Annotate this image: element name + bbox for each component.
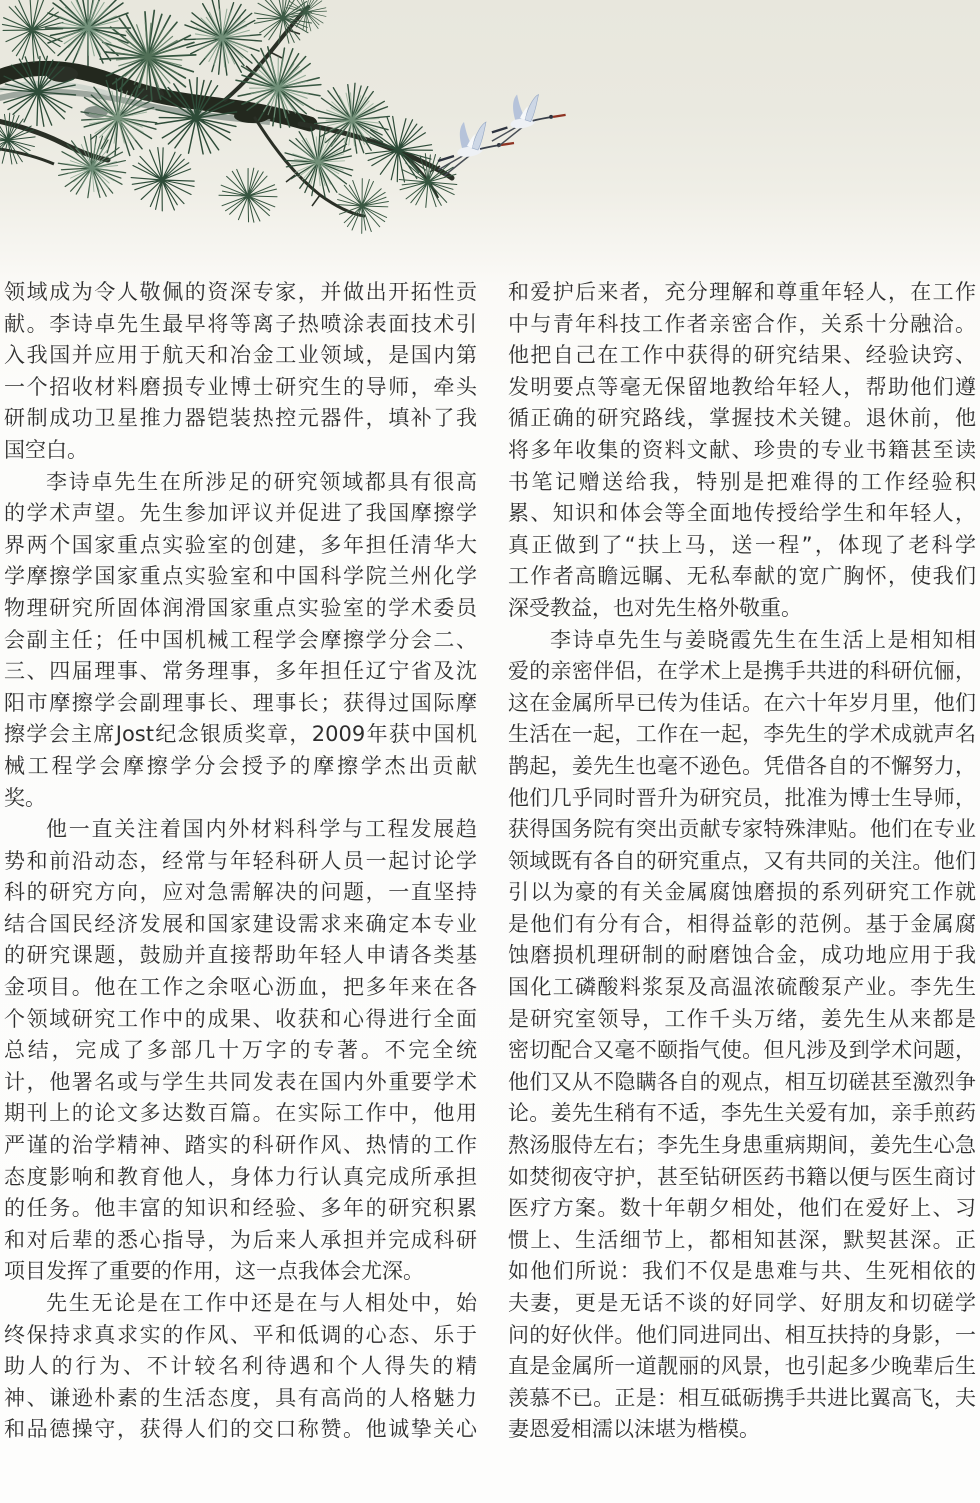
- text-line: 助人的行为、不计较名利待遇和个人得失的精: [4, 1351, 477, 1383]
- text-line: 先生无论是在工作中还是在与人相处中，始: [4, 1288, 477, 1320]
- text-line: 循正确的研究路线，掌握技术关键。退休前，他: [508, 403, 976, 435]
- text-line: 三、四届理事、常务理事，多年担任辽宁省及沈: [4, 656, 477, 688]
- text-line: 的任务。他丰富的知识和经验、多年的研究积累: [4, 1193, 477, 1225]
- text-line: 密切配合又毫不颐指气使。但凡涉及到学术问题，: [508, 1035, 976, 1067]
- text-line: 领域既有各自的研究重点，又有共同的关注。他们: [508, 846, 976, 878]
- text-line: 惯上、生活细节上，都相知甚深，默契甚深。正: [508, 1225, 976, 1257]
- text-line: 真正做到了“扶上马，送一程”，体现了老科学: [508, 530, 976, 562]
- text-line: 入我国并应用于航天和冶金工业领域，是国内第: [4, 340, 477, 372]
- text-line: 严谨的治学精神、踏实的科研作风、热情的工作: [4, 1130, 477, 1162]
- text-line: 如他们所说：我们不仅是患难与共、生死相依的: [508, 1256, 976, 1288]
- text-line: 阳市摩擦学会副理事长、理事长；获得过国际摩: [4, 688, 477, 720]
- text-line: 夫妻，更是无话不谈的好同学、好朋友和切磋学: [508, 1288, 976, 1320]
- text-line: 擦学会主席Jost纪念银质奖章，2009年获中国机: [4, 719, 477, 751]
- text-line: 研制成功卫星推力器铠装热控元器件，填补了我: [4, 403, 477, 435]
- text-line: 计，他署名或与学生共同发表在国内外重要学术: [4, 1067, 477, 1099]
- text-line: 生活在一起，工作在一起，李先生的学术成就声名: [508, 719, 976, 751]
- text-line: 蚀磨损机理研制的耐磨蚀合金，成功地应用于我: [508, 940, 976, 972]
- text-line: 和爱护后来者，充分理解和尊重年轻人，在工作: [508, 277, 976, 309]
- text-column-left: 领域成为令人敬佩的资深专家，并做出开拓性贡献。李诗卓先生最早将等离子热喷涂表面技…: [4, 277, 477, 1446]
- magazine-page: 领域成为令人敬佩的资深专家，并做出开拓性贡献。李诗卓先生最早将等离子热喷涂表面技…: [0, 0, 980, 1503]
- text-column-right: 和爱护后来者，充分理解和尊重年轻人，在工作中与青年科技工作者亲密合作，关系十分融…: [508, 277, 976, 1446]
- text-line: 金项目。他在工作之余呕心沥血，把多年来在各: [4, 972, 477, 1004]
- text-line: 引以为豪的有关金属腐蚀磨损的系列研究工作就: [508, 877, 976, 909]
- text-line: 李诗卓先生在所涉足的研究领域都具有很高: [4, 467, 477, 499]
- text-line: 科的研究方向，应对急需解决的问题，一直坚持: [4, 877, 477, 909]
- text-line: 态度影响和教育他人，身体力行认真完成所承担: [4, 1162, 477, 1194]
- text-line: 国化工磷酸料浆泵及高温浓硫酸泵产业。李先生: [508, 972, 976, 1004]
- text-line: 领域成为令人敬佩的资深专家，并做出开拓性贡: [4, 277, 477, 309]
- header-artwork: [0, 0, 980, 262]
- article-body: 领域成为令人敬佩的资深专家，并做出开拓性贡献。李诗卓先生最早将等离子热喷涂表面技…: [4, 277, 976, 1446]
- text-line: 获得国务院有突出贡献专家特殊津贴。他们在专业: [508, 814, 976, 846]
- text-line: 终保持求真求实的作风、平和低调的心态、乐于: [4, 1320, 477, 1352]
- text-line: 这在金属所早已传为佳话。在六十年岁月里，他们: [508, 688, 976, 720]
- text-line: 项目发挥了重要的作用，这一点我体会尤深。: [4, 1256, 477, 1288]
- text-line: 熬汤服侍左右；李先生身患重病期间，姜先生心急: [508, 1130, 976, 1162]
- pine-branch-painting: [0, 0, 980, 262]
- text-line: 他把自己在工作中获得的研究结果、经验诀窍、: [508, 340, 976, 372]
- text-line: 国空白。: [4, 435, 477, 467]
- text-line: 是研究室领导，工作千头万绪，姜先生从来都是: [508, 1004, 976, 1036]
- text-line: 工作者高瞻远瞩、无私奉献的宽广胸怀，使我们: [508, 561, 976, 593]
- text-line: 医疗方案。数十年朝夕相处，他们在爱好上、习: [508, 1193, 976, 1225]
- text-line: 如焚彻夜守护，甚至钻研医药书籍以便与医生商讨: [508, 1162, 976, 1194]
- text-line: 问的好伙伴。他们同进同出、相互扶持的身影，一: [508, 1320, 976, 1352]
- text-line: 个领域研究工作中的成果、收获和心得进行全面: [4, 1004, 477, 1036]
- text-line: 一个招收材料磨损专业博士研究生的导师，牵头: [4, 372, 477, 404]
- text-line: 他们又从不隐瞒各自的观点，相互切磋甚至激烈争: [508, 1067, 976, 1099]
- text-line: 的学术声望。先生参加评议并促进了我国摩擦学: [4, 498, 477, 530]
- text-line: 会副主任；任中国机械工程学会摩擦学分会二、: [4, 625, 477, 657]
- text-line: 是他们有分有合，相得益彰的范例。基于金属腐: [508, 909, 976, 941]
- text-line: 中与青年科技工作者亲密合作，关系十分融洽。: [508, 309, 976, 341]
- text-line: 和品德操守，获得人们的交口称赞。他诚挚关心: [4, 1414, 477, 1446]
- text-line: 发明要点等毫无保留地教给年轻人，帮助他们遵: [508, 372, 976, 404]
- text-line: 总结，完成了多部几十万字的专著。不完全统: [4, 1035, 477, 1067]
- text-line: 爱的亲密伴侣，在学术上是携手共进的科研伉俪，: [508, 656, 976, 688]
- text-line: 他们几乎同时晋升为研究员，批准为博士生导师，: [508, 783, 976, 815]
- text-line: 神、谦逊朴素的生活态度，具有高尚的人格魅力: [4, 1383, 477, 1415]
- text-line: 界两个国家重点实验室的创建，多年担任清华大: [4, 530, 477, 562]
- text-line: 书笔记赠送给我，特别是把难得的工作经验积: [508, 467, 976, 499]
- text-line: 累、知识和体会等全面地传授给学生和年轻人，: [508, 498, 976, 530]
- text-line: 势和前沿动态，经常与年轻科研人员一起讨论学: [4, 846, 477, 878]
- text-line: 李诗卓先生与姜晓霞先生在生活上是相知相: [508, 625, 976, 657]
- text-line: 学摩擦学国家重点实验室和中国科学院兰州化学: [4, 561, 477, 593]
- text-line: 期刊上的论文多达数百篇。在实际工作中，他用: [4, 1098, 477, 1130]
- text-line: 鹊起，姜先生也毫不逊色。凭借各自的不懈努力，: [508, 751, 976, 783]
- text-line: 论。姜先生稍有不适，李先生关爱有加，亲手煎药: [508, 1098, 976, 1130]
- text-line: 深受教益，也对先生格外敬重。: [508, 593, 976, 625]
- text-line: 将多年收集的资料文献、珍贵的专业书籍甚至读: [508, 435, 976, 467]
- text-line: 献。李诗卓先生最早将等离子热喷涂表面技术引: [4, 309, 477, 341]
- text-line: 的研究课题，鼓励并直接帮助年轻人申请各类基: [4, 940, 477, 972]
- text-line: 直是金属所一道靓丽的风景，也引起多少晚辈后生: [508, 1351, 976, 1383]
- text-line: 妻恩爱相濡以沫堪为楷模。: [508, 1414, 976, 1446]
- text-line: 结合国民经济发展和国家建设需求来确定本专业: [4, 909, 477, 941]
- text-line: 奖。: [4, 783, 477, 815]
- text-line: 物理研究所固体润滑国家重点实验室的学术委员: [4, 593, 477, 625]
- text-line: 和对后辈的悉心指导，为后来人承担并完成科研: [4, 1225, 477, 1257]
- text-line: 他一直关注着国内外材料科学与工程发展趋: [4, 814, 477, 846]
- flying-cranes-icon: [438, 95, 566, 176]
- text-line: 械工程学会摩擦学分会授予的摩擦学杰出贡献: [4, 751, 477, 783]
- text-line: 羡慕不已。正是：相互砥砺携手共进比翼高飞，夫: [508, 1383, 976, 1415]
